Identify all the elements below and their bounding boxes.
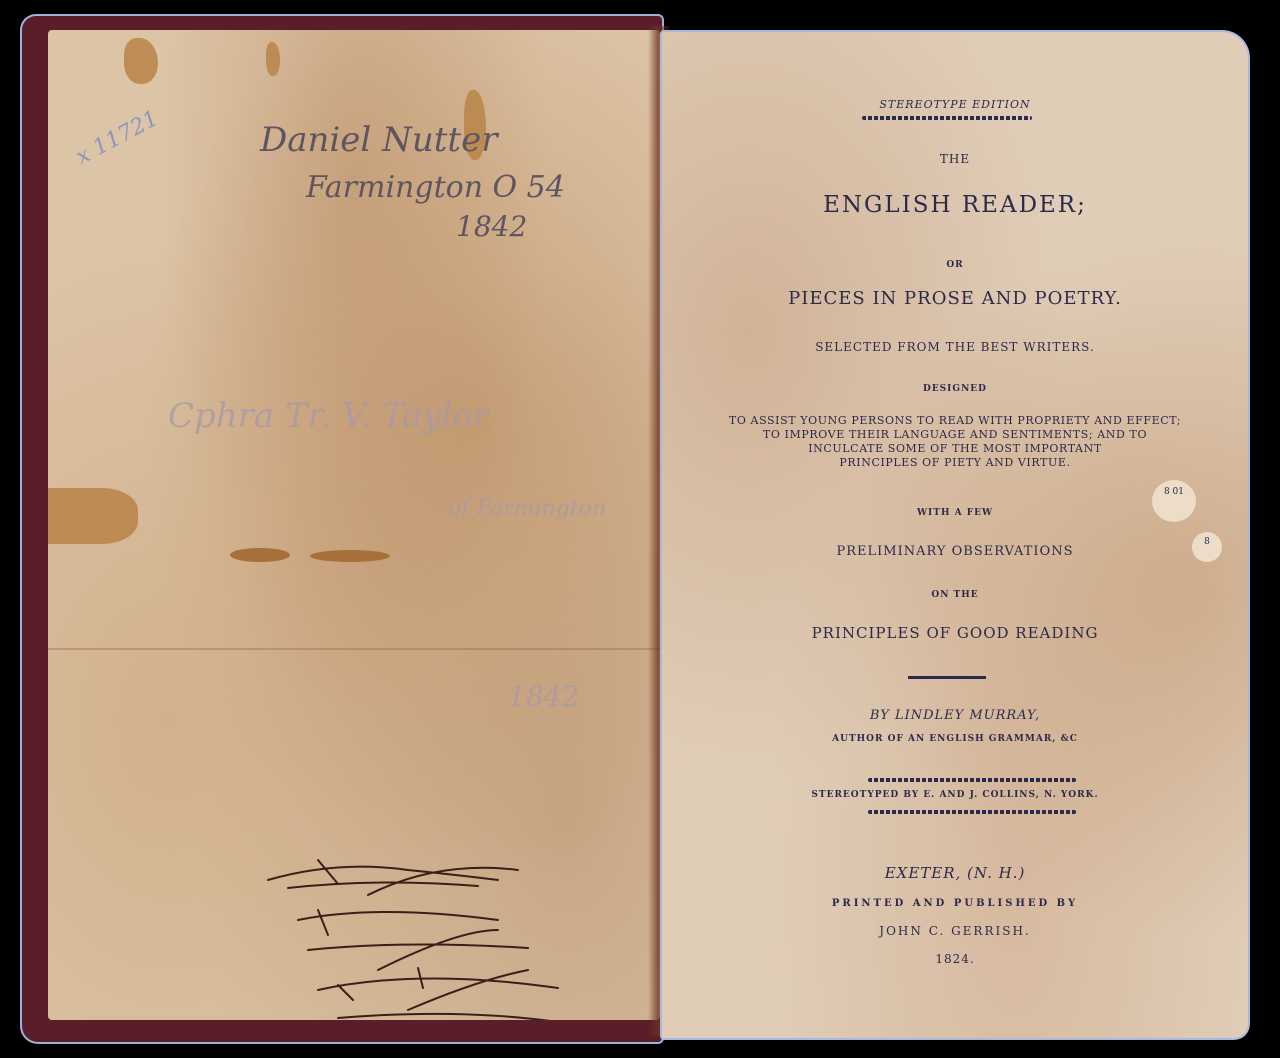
purpose-line-4: PRINCIPLES OF PIETY AND VIRTUE. [662,456,1248,469]
tear-mark [230,548,290,562]
author-credit: AUTHOR OF AN ENGLISH GRAMMAR, &C [662,734,1248,744]
book-subtitle: PIECES IN PROSE AND POETRY. [662,288,1248,309]
title-or: OR [662,260,1248,270]
imprint-place: EXETER, (N. H.) [662,864,1248,882]
title-page: STEREOTYPE EDITION THE ENGLISH READER; O… [662,32,1248,1038]
selected-line: SELECTED FROM THE BEST WRITERS. [662,340,1248,354]
tear-mark [310,550,390,562]
purpose-line-3: INCULCATE SOME OF THE MOST IMPORTANT [662,442,1248,455]
paper-loss-stain [124,38,158,84]
paper-loss-stain [266,42,280,76]
ornamental-rule [868,810,1076,814]
owner-inscription-line1: Daniel Nutter [260,120,497,160]
stereotyped-by: STEREOTYPED BY E. AND J. COLLINS, N. YOR… [662,790,1248,800]
owner-inscription-year: 1842 [456,210,527,243]
fish-sketch [258,840,578,1020]
paper-loss-stain [48,488,138,544]
preliminary-line: PRELIMINARY OBSERVATIONS [662,544,1248,559]
title-rule [908,676,986,679]
publisher-name: JOHN C. GERRISH. [662,924,1248,938]
principles-line: PRINCIPLES OF GOOD READING [662,624,1248,642]
printed-by-line: PRINTED AND PUBLISHED BY [662,898,1248,909]
ornamental-rule [862,116,1032,120]
owner-inscription-line2: Farmington O 54 [306,170,565,205]
on-the-label: ON THE [662,590,1248,600]
publication-year: 1824. [662,952,1248,966]
author-line: BY LINDLEY MURRAY, [662,708,1248,723]
designed-label: DESIGNED [662,384,1248,394]
pencil-inscription: Cphra Tr. V. Taylor [168,396,489,436]
pencil-year: 1842 [508,680,579,713]
title-article: THE [662,152,1248,166]
ornamental-rule [868,778,1076,782]
pencil-note: of Farmington [448,496,606,521]
purpose-line-2: TO IMPROVE THEIR LANGUAGE AND SENTIMENTS… [662,428,1248,441]
catalog-number: x 11721 [72,106,163,170]
front-endpaper: x 11721 Daniel Nutter Farmington O 54 18… [48,30,660,1020]
margin-stamp: 8 [1192,532,1222,562]
edition-label: STEREOTYPE EDITION [662,98,1248,111]
book-title: ENGLISH READER; [662,192,1248,218]
fold-line [48,648,660,650]
purpose-line-1: TO ASSIST YOUNG PERSONS TO READ WITH PRO… [662,414,1248,427]
margin-stamp: 8 01 [1152,480,1196,522]
open-book: x 11721 Daniel Nutter Farmington O 54 18… [22,10,1262,1040]
